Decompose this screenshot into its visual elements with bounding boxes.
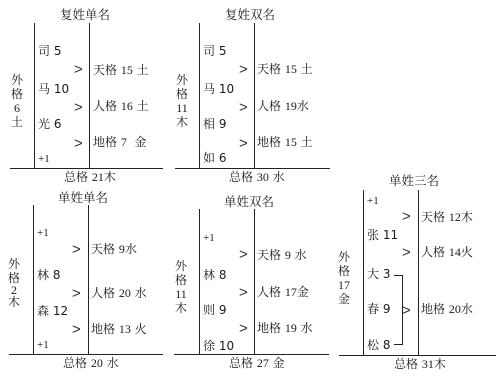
- arrow-icon: >: [402, 303, 411, 318]
- char-row: 如 6: [203, 152, 226, 164]
- result-person: 人格 19水: [257, 100, 309, 112]
- outer-label: 外: [337, 250, 351, 264]
- baseline: [339, 355, 496, 356]
- baseline: [10, 168, 163, 169]
- right-divider: [418, 190, 419, 356]
- result-heaven: 天格 15 土: [257, 63, 313, 75]
- right-divider: [88, 205, 89, 355]
- result-person: 人格 14火: [421, 246, 473, 258]
- arrow-icon: >: [74, 136, 83, 151]
- outer-grid: 外 格 6 土: [10, 73, 24, 129]
- outer-element: 木: [175, 115, 189, 129]
- arrow-icon: >: [239, 136, 248, 151]
- char-row: 大 3: [367, 268, 390, 280]
- arrow-icon: >: [72, 322, 81, 337]
- baseline: [9, 354, 163, 355]
- result-person: 人格 16 土: [93, 100, 149, 112]
- char-row: 马 10: [203, 83, 234, 95]
- result-heaven: 天格 15 土: [93, 64, 149, 76]
- arrow-icon: >: [74, 100, 83, 115]
- result-heaven: 天格 12木: [421, 211, 473, 223]
- arrow-icon: >: [239, 62, 248, 77]
- arrow-icon: >: [72, 242, 81, 257]
- outer-value: 17: [337, 278, 351, 292]
- char-row: 张 11: [367, 229, 398, 241]
- char-row: +1: [203, 233, 215, 244]
- char-row: 光 6: [38, 118, 61, 130]
- outer-label: 格: [10, 87, 24, 101]
- result-earth: 地格 20水: [421, 303, 473, 315]
- outer-element: 木: [7, 295, 21, 309]
- char-row: +1: [37, 228, 49, 239]
- left-divider: [199, 209, 200, 355]
- diagram-title: 单姓三名: [389, 175, 439, 188]
- right-divider: [254, 23, 255, 169]
- result-person: 人格 17金: [257, 286, 309, 298]
- diagram-title: 单姓双名: [224, 196, 274, 209]
- char-row: 马 10: [38, 83, 69, 95]
- outer-label: 格: [175, 87, 189, 101]
- outer-label: 外: [7, 257, 21, 271]
- arrow-icon: >: [239, 321, 248, 336]
- diagram-single-surname-double-name: 单姓双名 外 格 11 木 +1 林 8 则 9 徐 10 > > > 天格 9…: [165, 185, 340, 377]
- char-row: 松 8: [367, 339, 390, 351]
- diagram-single-surname-triple-name: 单姓三名 外 格 17 金 +1 张 11 大 3 春 9 松 8 > > > …: [330, 165, 500, 377]
- result-heaven: 天格 9 水: [257, 249, 307, 261]
- outer-value: 6: [10, 101, 24, 115]
- outer-value: 2: [7, 285, 21, 295]
- result-person: 人格 20 水: [91, 287, 147, 299]
- arrow-icon: >: [239, 285, 248, 300]
- result-earth: 地格 19 水: [257, 322, 313, 334]
- char-row: 春 9: [367, 303, 390, 315]
- char-row: 林 8: [37, 269, 60, 281]
- outer-element: 金: [337, 292, 351, 306]
- char-row: 司 5: [203, 45, 226, 57]
- char-row: 则 9: [203, 304, 226, 316]
- left-divider: [34, 23, 35, 169]
- left-divider: [33, 205, 34, 355]
- outer-label: 外: [175, 73, 189, 87]
- arrow-icon: >: [402, 209, 411, 224]
- outer-grid: 外 格 2 木: [7, 257, 21, 309]
- result-earth: 地格 7 金: [93, 136, 147, 148]
- result-earth: 地格 15 土: [257, 136, 313, 148]
- diagram-title: 复姓单名: [60, 9, 110, 22]
- outer-value: 11: [174, 287, 188, 301]
- outer-value: 11: [175, 101, 189, 115]
- left-divider: [363, 190, 364, 356]
- arrow-icon: >: [239, 247, 248, 262]
- arrow-icon: >: [72, 286, 81, 301]
- char-row: 徐 10: [203, 340, 234, 352]
- outer-grid: 外 格 11 木: [174, 259, 188, 315]
- diagram-compound-surname-single-name: 复姓单名 外 格 6 土 司 5 马 10 光 6 +1 > > > 天格 15…: [0, 0, 170, 185]
- result-heaven: 天格 9水: [91, 243, 137, 255]
- baseline: [175, 168, 330, 169]
- arrow-icon: >: [239, 100, 248, 115]
- char-row: +1: [37, 340, 49, 351]
- diagram-title: 单姓单名: [58, 192, 108, 205]
- total-grid: 总格 31木: [394, 358, 446, 370]
- total-grid: 总格 27 金: [229, 357, 285, 369]
- outer-grid: 外 格 17 金: [337, 250, 351, 306]
- outer-grid: 外 格 11 木: [175, 73, 189, 129]
- total-grid: 总格 20 水: [63, 357, 119, 369]
- char-row: 司 5: [38, 45, 61, 57]
- outer-element: 土: [10, 115, 24, 129]
- char-row: +1: [367, 196, 379, 207]
- outer-label: 格: [337, 264, 351, 278]
- right-divider: [89, 23, 90, 169]
- outer-label: 外: [10, 73, 24, 87]
- arrow-icon: >: [74, 62, 83, 77]
- outer-element: 木: [174, 301, 188, 315]
- arrow-icon: >: [402, 245, 411, 260]
- outer-label: 格: [174, 273, 188, 287]
- char-row: 林 8: [203, 269, 226, 281]
- right-divider: [254, 209, 255, 355]
- diagram-title: 复姓双名: [225, 9, 275, 22]
- char-row: 相 9: [203, 118, 226, 130]
- baseline: [174, 354, 329, 355]
- result-earth: 地格 13 火: [91, 323, 147, 335]
- total-grid: 总格 30 水: [229, 171, 285, 183]
- outer-label: 外: [174, 259, 188, 273]
- total-grid: 总格 21木: [64, 171, 116, 183]
- char-row: +1: [38, 154, 50, 165]
- diagram-single-surname-single-name: 单姓单名 外 格 2 木 +1 林 8 森 12 +1 > > > 天格 9水 …: [0, 185, 170, 377]
- diagram-compound-surname-double-name: 复姓双名 外 格 11 木 司 5 马 10 相 9 如 6 > > > 天格 …: [165, 0, 335, 190]
- char-row: 森 12: [37, 305, 68, 317]
- left-divider: [199, 23, 200, 169]
